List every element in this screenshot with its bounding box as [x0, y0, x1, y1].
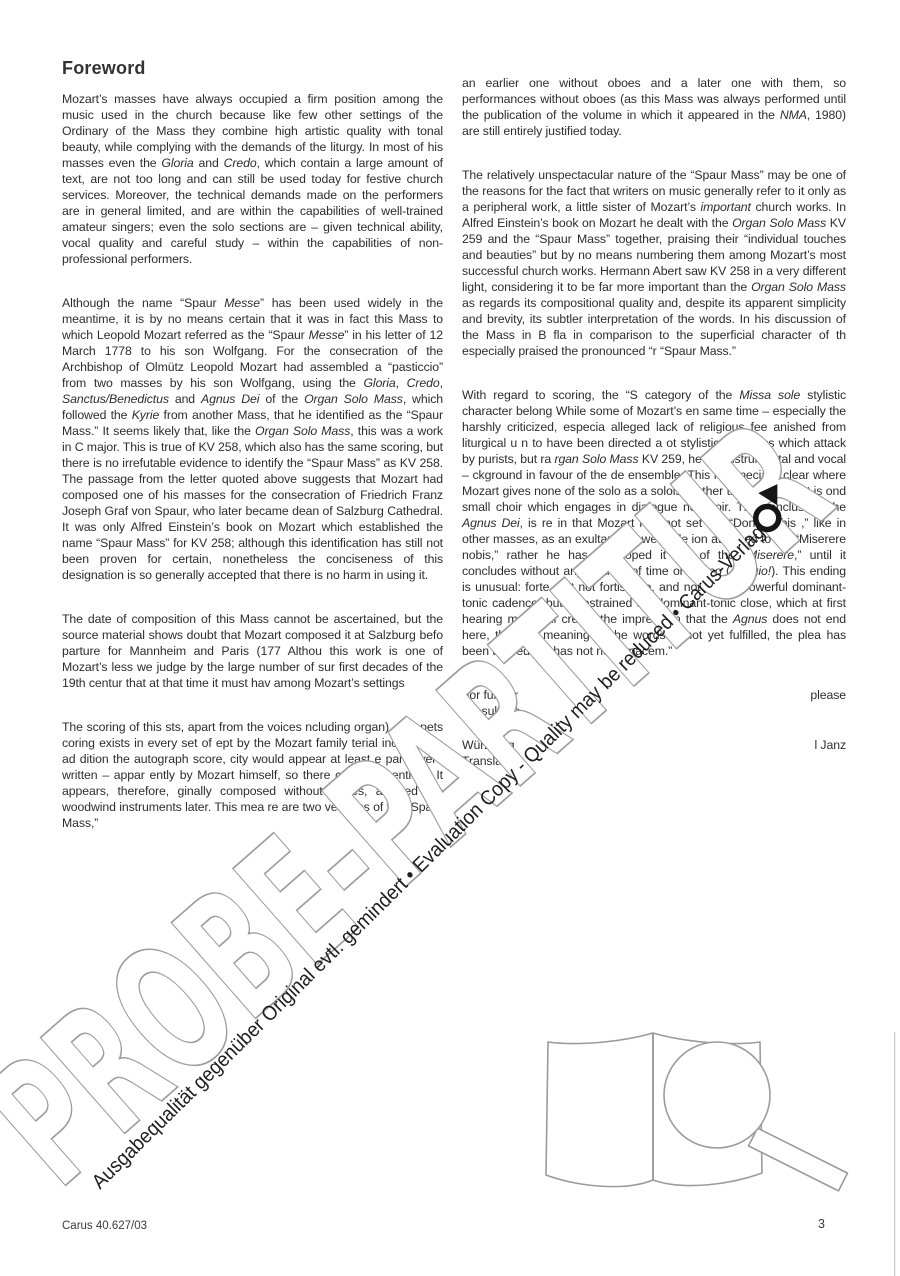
right-column: an earlier one without oboes and a later…	[462, 75, 846, 769]
left-column: Foreword Mozart’s masses have always occ…	[62, 60, 443, 859]
book-left-page	[546, 1033, 653, 1187]
paragraph: an earlier one without oboes and a later…	[462, 75, 846, 139]
closing-line3-left: Würzburg	[462, 737, 515, 753]
page-number: 3	[818, 1217, 825, 1231]
paragraph: Although the name “Spaur Messe” has been…	[62, 295, 443, 583]
closing-line1-right: please	[810, 687, 846, 703]
closing-line4: Translatio	[462, 753, 515, 769]
paragraph: Mozart’s masses have always occupied a f…	[62, 91, 443, 267]
catalog-number: Carus 40.627/03	[62, 1220, 147, 1232]
magnifier-lens	[664, 1042, 770, 1148]
closing-block: For further please consult the Würzburg …	[462, 687, 846, 769]
paragraph: The relatively unspectacular nature of t…	[462, 167, 846, 359]
paragraph: With regard to scoring, the “S category …	[462, 387, 846, 659]
closing-line2: consult the	[462, 703, 520, 719]
magnifier-handle	[749, 1128, 848, 1191]
paragraph: The date of composition of this Mass can…	[62, 611, 443, 691]
paragraph: The scoring of this sts, apart from the …	[62, 719, 443, 831]
left-column-paragraphs: Mozart’s masses have always occupied a f…	[62, 91, 443, 831]
closing-line1-left: For further	[462, 687, 518, 703]
right-column-paragraphs: an earlier one without oboes and a later…	[462, 75, 846, 659]
scan-edge-line	[894, 1032, 895, 1276]
book-magnifier-icon	[546, 1033, 848, 1191]
page-title: Foreword	[62, 60, 443, 76]
foreword-page: Foreword Mozart’s masses have always occ…	[0, 0, 900, 1276]
book-right-page	[653, 1033, 762, 1186]
closing-line3-right: l Janz	[814, 737, 846, 753]
